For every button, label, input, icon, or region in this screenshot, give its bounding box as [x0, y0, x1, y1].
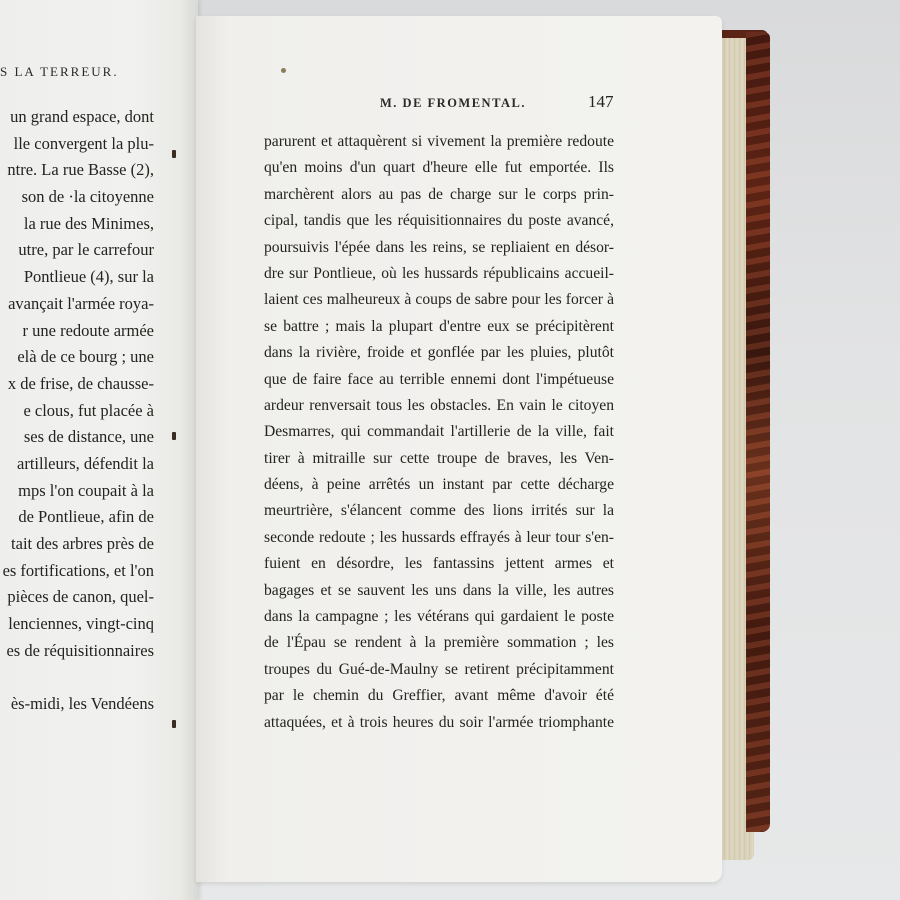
right-running-head: M. DE FROMENTAL.	[380, 96, 526, 111]
right-page-text: parurent et attaquèrent si vivement la p…	[264, 129, 614, 736]
text-line: Pontlieue (4), sur la	[0, 264, 178, 291]
foxing-spot	[281, 68, 286, 73]
text-line: poursuivis l'épée dans les reins, se rep…	[264, 235, 614, 261]
text-line: elà de ce bourg ; une	[0, 344, 178, 371]
text-line: lle convergent la plu-	[0, 131, 178, 158]
text-line: r une redoute armée	[0, 318, 178, 345]
left-running-head: S LA TERREUR.	[0, 64, 180, 80]
text-line: ntre. La rue Basse (2),	[0, 157, 178, 184]
text-line: mps l'on coupait à la	[0, 478, 178, 505]
text-line: e clous, fut placée à	[0, 398, 178, 425]
text-line: meurtrière, s'élancent comme des lions i…	[264, 498, 614, 524]
text-line: tirer à mitraille sur cette troupe de br…	[264, 446, 614, 472]
text-line: lenciennes, vingt-cinq	[0, 611, 178, 638]
text-line: parurent et attaquèrent si vivement la p…	[264, 129, 614, 155]
text-line: utre, par le carrefour	[0, 237, 178, 264]
text-line: x de frise, de chausse-	[0, 371, 178, 398]
right-page: M. DE FROMENTAL. 147 parurent et attaquè…	[196, 16, 722, 882]
text-line: marchèrent alors au pas de charge sur le…	[264, 182, 614, 208]
text-line: de Pontlieue, afin de	[0, 504, 178, 531]
text-line: déens, à peine arrêtés un instant par ce…	[264, 472, 614, 498]
text-line: fuient en désordre, les fantassins jette…	[264, 551, 614, 577]
show-through-line	[0, 664, 178, 691]
open-book-photo: S LA TERREUR. un grand espace, dont lle …	[0, 0, 900, 900]
text-line: Desmarres, qui commandait l'artillerie d…	[264, 419, 614, 445]
text-line: qu'en moins d'un quart d'heure elle fut …	[264, 155, 614, 181]
text-line: dans la campagne ; les vétérans qui gard…	[264, 604, 614, 630]
stitch-mark	[172, 720, 176, 728]
text-line: ses de distance, une	[0, 424, 178, 451]
text-line: es de réquisitionnaires	[0, 638, 178, 665]
text-line: es fortifications, et l'on	[0, 558, 178, 585]
marble-texture	[746, 32, 770, 832]
text-line: dre sur Pontlieue, où les hussards répub…	[264, 261, 614, 287]
text-line: troupes du Gué-de-Maulny se retirent pré…	[264, 657, 614, 683]
text-line: seconde redoute ; les hussards effrayés …	[264, 525, 614, 551]
text-line: attaquées, et à trois heures du soir l'a…	[264, 710, 614, 736]
text-line: artilleurs, défendit la	[0, 451, 178, 478]
page-number: 147	[588, 92, 614, 112]
text-line: pièces de canon, quel-	[0, 584, 178, 611]
text-line: un grand espace, dont	[0, 104, 178, 131]
text-line: cipal, tandis que les réquisitionnaires …	[264, 208, 614, 234]
text-line: ès-midi, les Vendéens	[0, 691, 178, 718]
text-line: tait des arbres près de	[0, 531, 178, 558]
text-line: dans la rivière, froide et gonflée par l…	[264, 340, 614, 366]
text-line: que de faire face au terrible ennemi don…	[264, 367, 614, 393]
text-line: avançait l'armée roya-	[0, 291, 178, 318]
stitch-mark	[172, 432, 176, 440]
text-line: par le chemin du Greffier, avant même d'…	[264, 683, 614, 709]
text-line: son de ·la citoyenne	[0, 184, 178, 211]
text-line: ardeur renversait tous les obstacles. En…	[264, 393, 614, 419]
text-line: se battre ; mais la plupart d'entre eux …	[264, 314, 614, 340]
text-line: bagages et se sauvent les uns dans la vi…	[264, 578, 614, 604]
stitch-mark	[172, 150, 176, 158]
left-page: S LA TERREUR. un grand espace, dont lle …	[0, 0, 198, 900]
text-line: la rue des Minimes,	[0, 211, 178, 238]
text-line: laient ces malheureux à coups de sabre p…	[264, 287, 614, 313]
left-page-text: un grand espace, dont lle convergent la …	[0, 104, 178, 718]
marbled-cover	[746, 32, 770, 832]
text-line: de l'Épau se rendent à la première somma…	[264, 630, 614, 656]
